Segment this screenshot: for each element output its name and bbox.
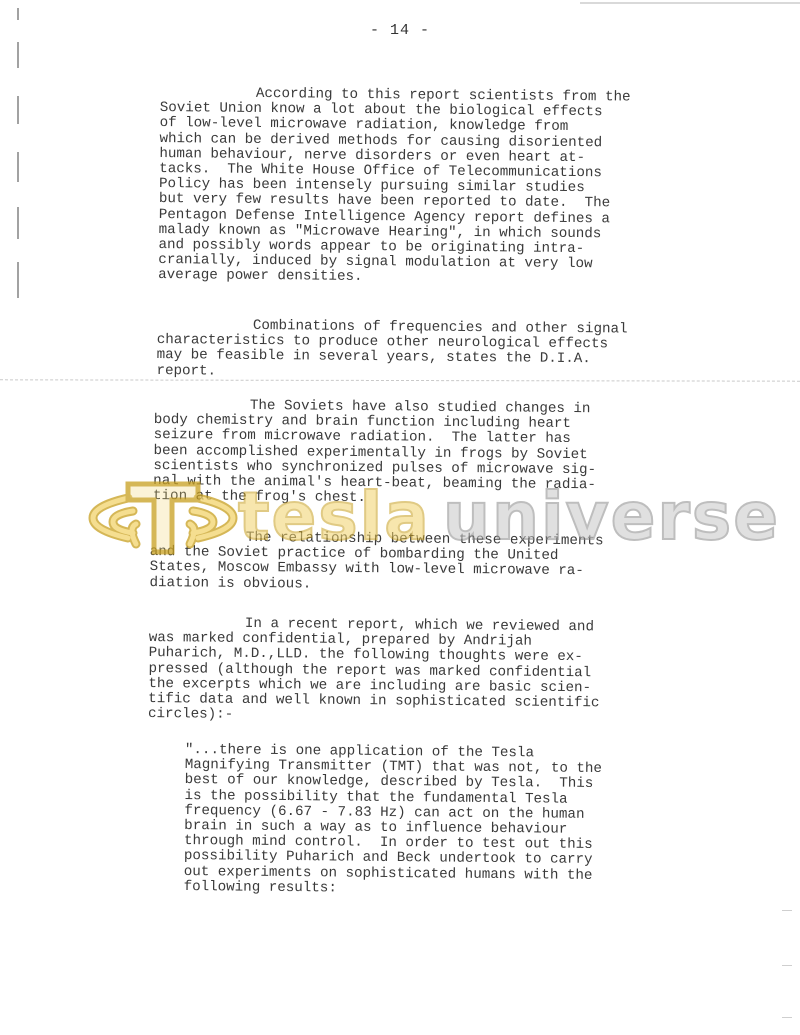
margin-mark	[17, 96, 19, 124]
margin-mark	[17, 152, 19, 182]
watermark-text-universe: universe	[443, 482, 780, 552]
scan-edge	[580, 2, 800, 4]
document-page: - 14 - According to this report scientis…	[0, 0, 800, 1035]
margin-mark	[17, 207, 19, 239]
scan-mark	[782, 1017, 792, 1018]
margin-mark	[17, 42, 19, 68]
watermark-text-tesla: tesla	[238, 482, 431, 552]
page-number: - 14 -	[0, 22, 800, 39]
scan-mark	[782, 965, 792, 966]
paragraph: Combinations of frequencies and other si…	[156, 318, 627, 383]
quoted-excerpt: "...there is one application of the Tesl…	[184, 743, 603, 899]
watermark: tesla universe	[88, 478, 718, 558]
margin-mark	[17, 8, 19, 20]
margin-mark	[17, 262, 19, 298]
scan-dashed-line	[0, 379, 800, 381]
scan-mark	[782, 910, 792, 911]
tesla-coil-logo-icon	[88, 478, 238, 558]
paragraph: According to this report scientists from…	[158, 86, 631, 288]
paragraph: In a recent report, which we reviewed an…	[148, 616, 600, 727]
